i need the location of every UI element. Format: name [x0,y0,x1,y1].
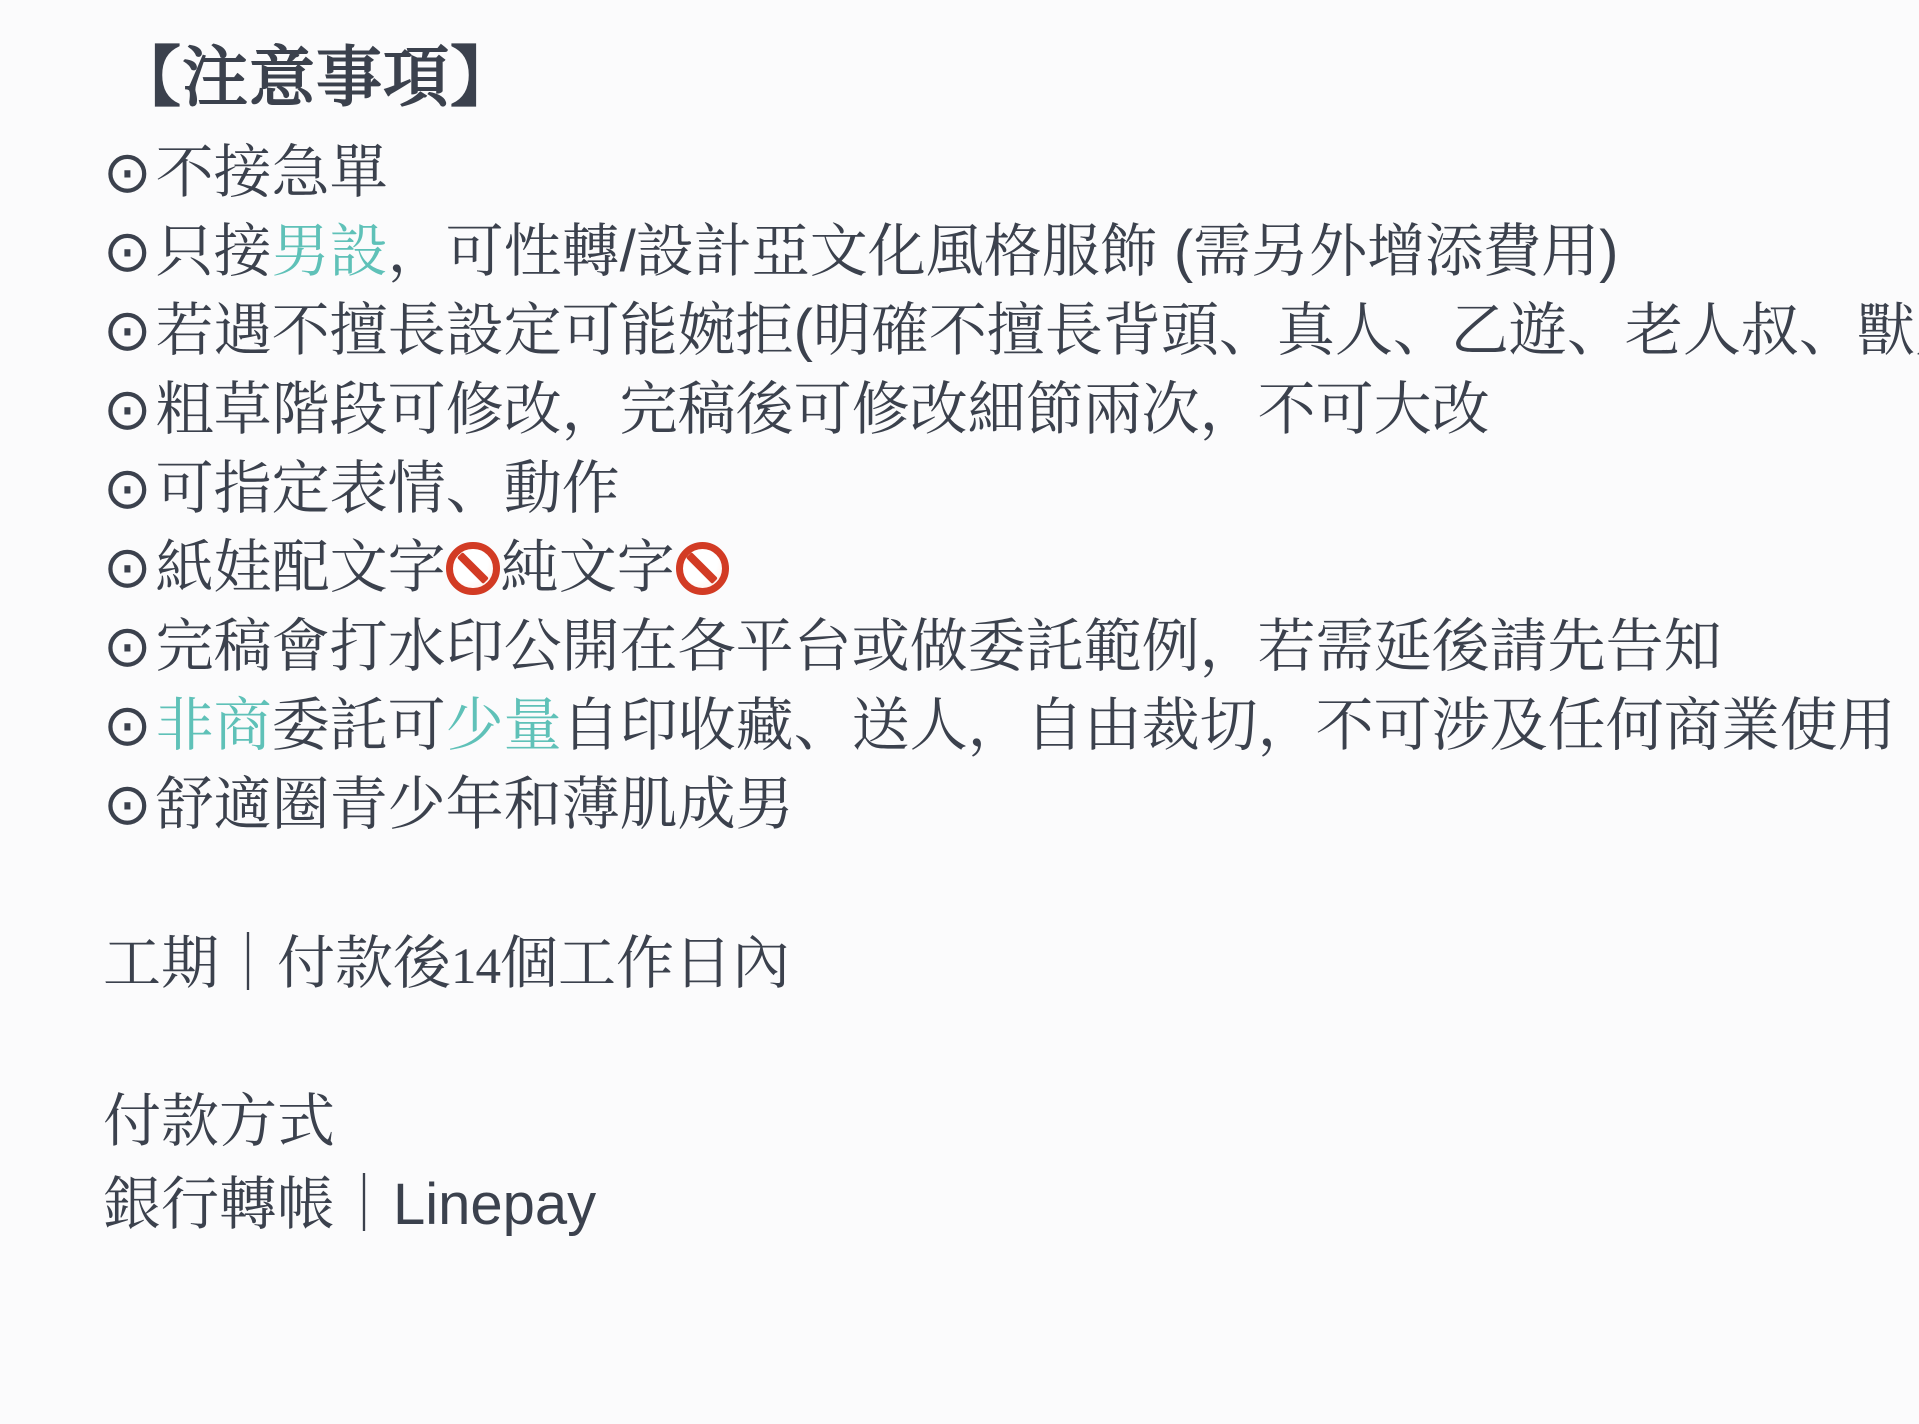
highlighted-text: 少量 [446,693,562,758]
notice-item: ⊙舒適圈青少年和薄肌成男 [103,765,1879,844]
text-segment: 紙娃配文字 [156,535,446,600]
text-segment: 完稿會打水印公開在各平台或做委託範例，若需延後請先告知 [156,614,1722,679]
notice-item: ⊙粗草階段可修改，完稿後可修改細節兩次，不可大改 [103,370,1879,449]
notice-page: 【注意事項】 ⊙不接急單⊙只接男設，可性轉/設計亞文化風格服飾 (需另外增添費用… [0,0,1919,1247]
notice-item: ⊙不接急單 [103,133,1879,212]
notice-item: ⊙非商委託可少量自印收藏、送人，自由裁切，不可涉及任何商業使用 [103,686,1879,765]
no-entry-icon [446,542,499,595]
notice-list: ⊙不接急單⊙只接男設，可性轉/設計亞文化風格服飾 (需另外增添費用)⊙若遇不擅長… [103,133,1879,844]
page-title: 【注意事項】 [115,24,1879,119]
text-segment: 工期｜付款後 [103,931,451,996]
bullet-icon: ⊙ [103,693,152,758]
bullet-icon: ⊙ [103,219,152,284]
text-segment: 個工作日內 [500,931,790,996]
text-segment: 純文字 [501,535,675,600]
notice-item: ⊙完稿會打水印公開在各平台或做委託範例，若需延後請先告知 [103,607,1879,686]
notice-item: ⊙只接男設，可性轉/設計亞文化風格服飾 (需另外增添費用) [103,212,1879,291]
bullet-icon: ⊙ [103,140,152,205]
text-segment: 若遇不擅長設定可能婉拒(明確不擅長背頭、真人、乙遊、老人叔、獸人） [156,298,1919,363]
text-segment: 委託可 [272,693,446,758]
notice-item: ⊙可指定表情、動作 [103,449,1879,528]
highlighted-text: 非商 [156,693,272,758]
bullet-icon: ⊙ [103,772,152,837]
text-segment: ，可性轉/設計亞文化風格服飾 (需另外增添費用) [388,219,1619,284]
highlighted-text: 男設 [272,219,388,284]
no-entry-icon [676,542,729,595]
text-segment: 舒適圈青少年和薄肌成男 [156,772,794,837]
text-segment: 只接 [156,219,272,284]
bullet-icon: ⊙ [103,298,152,363]
digit-text: 14 [451,939,500,995]
notice-item: ⊙紙娃配文字純文字 [103,528,1879,607]
text-segment: 粗草階段可修改，完稿後可修改細節兩次，不可大改 [156,377,1490,442]
bullet-icon: ⊙ [103,535,152,600]
payment-methods: 銀行轉帳｜Linepay [103,1163,1879,1247]
text-segment: 可指定表情、動作 [156,456,620,521]
payment-heading: 付款方式 [103,1081,1879,1163]
bullet-icon: ⊙ [103,456,152,521]
notice-item: ⊙若遇不擅長設定可能婉拒(明確不擅長背頭、真人、乙遊、老人叔、獸人） [103,291,1879,370]
bullet-icon: ⊙ [103,614,152,679]
text-segment: 自印收藏、送人，自由裁切，不可涉及任何商業使用 [562,693,1896,758]
text-segment: 不接急單 [156,140,388,205]
bullet-icon: ⊙ [103,377,152,442]
schedule-line: 工期｜付款後14個工作日內 [103,924,1879,1007]
